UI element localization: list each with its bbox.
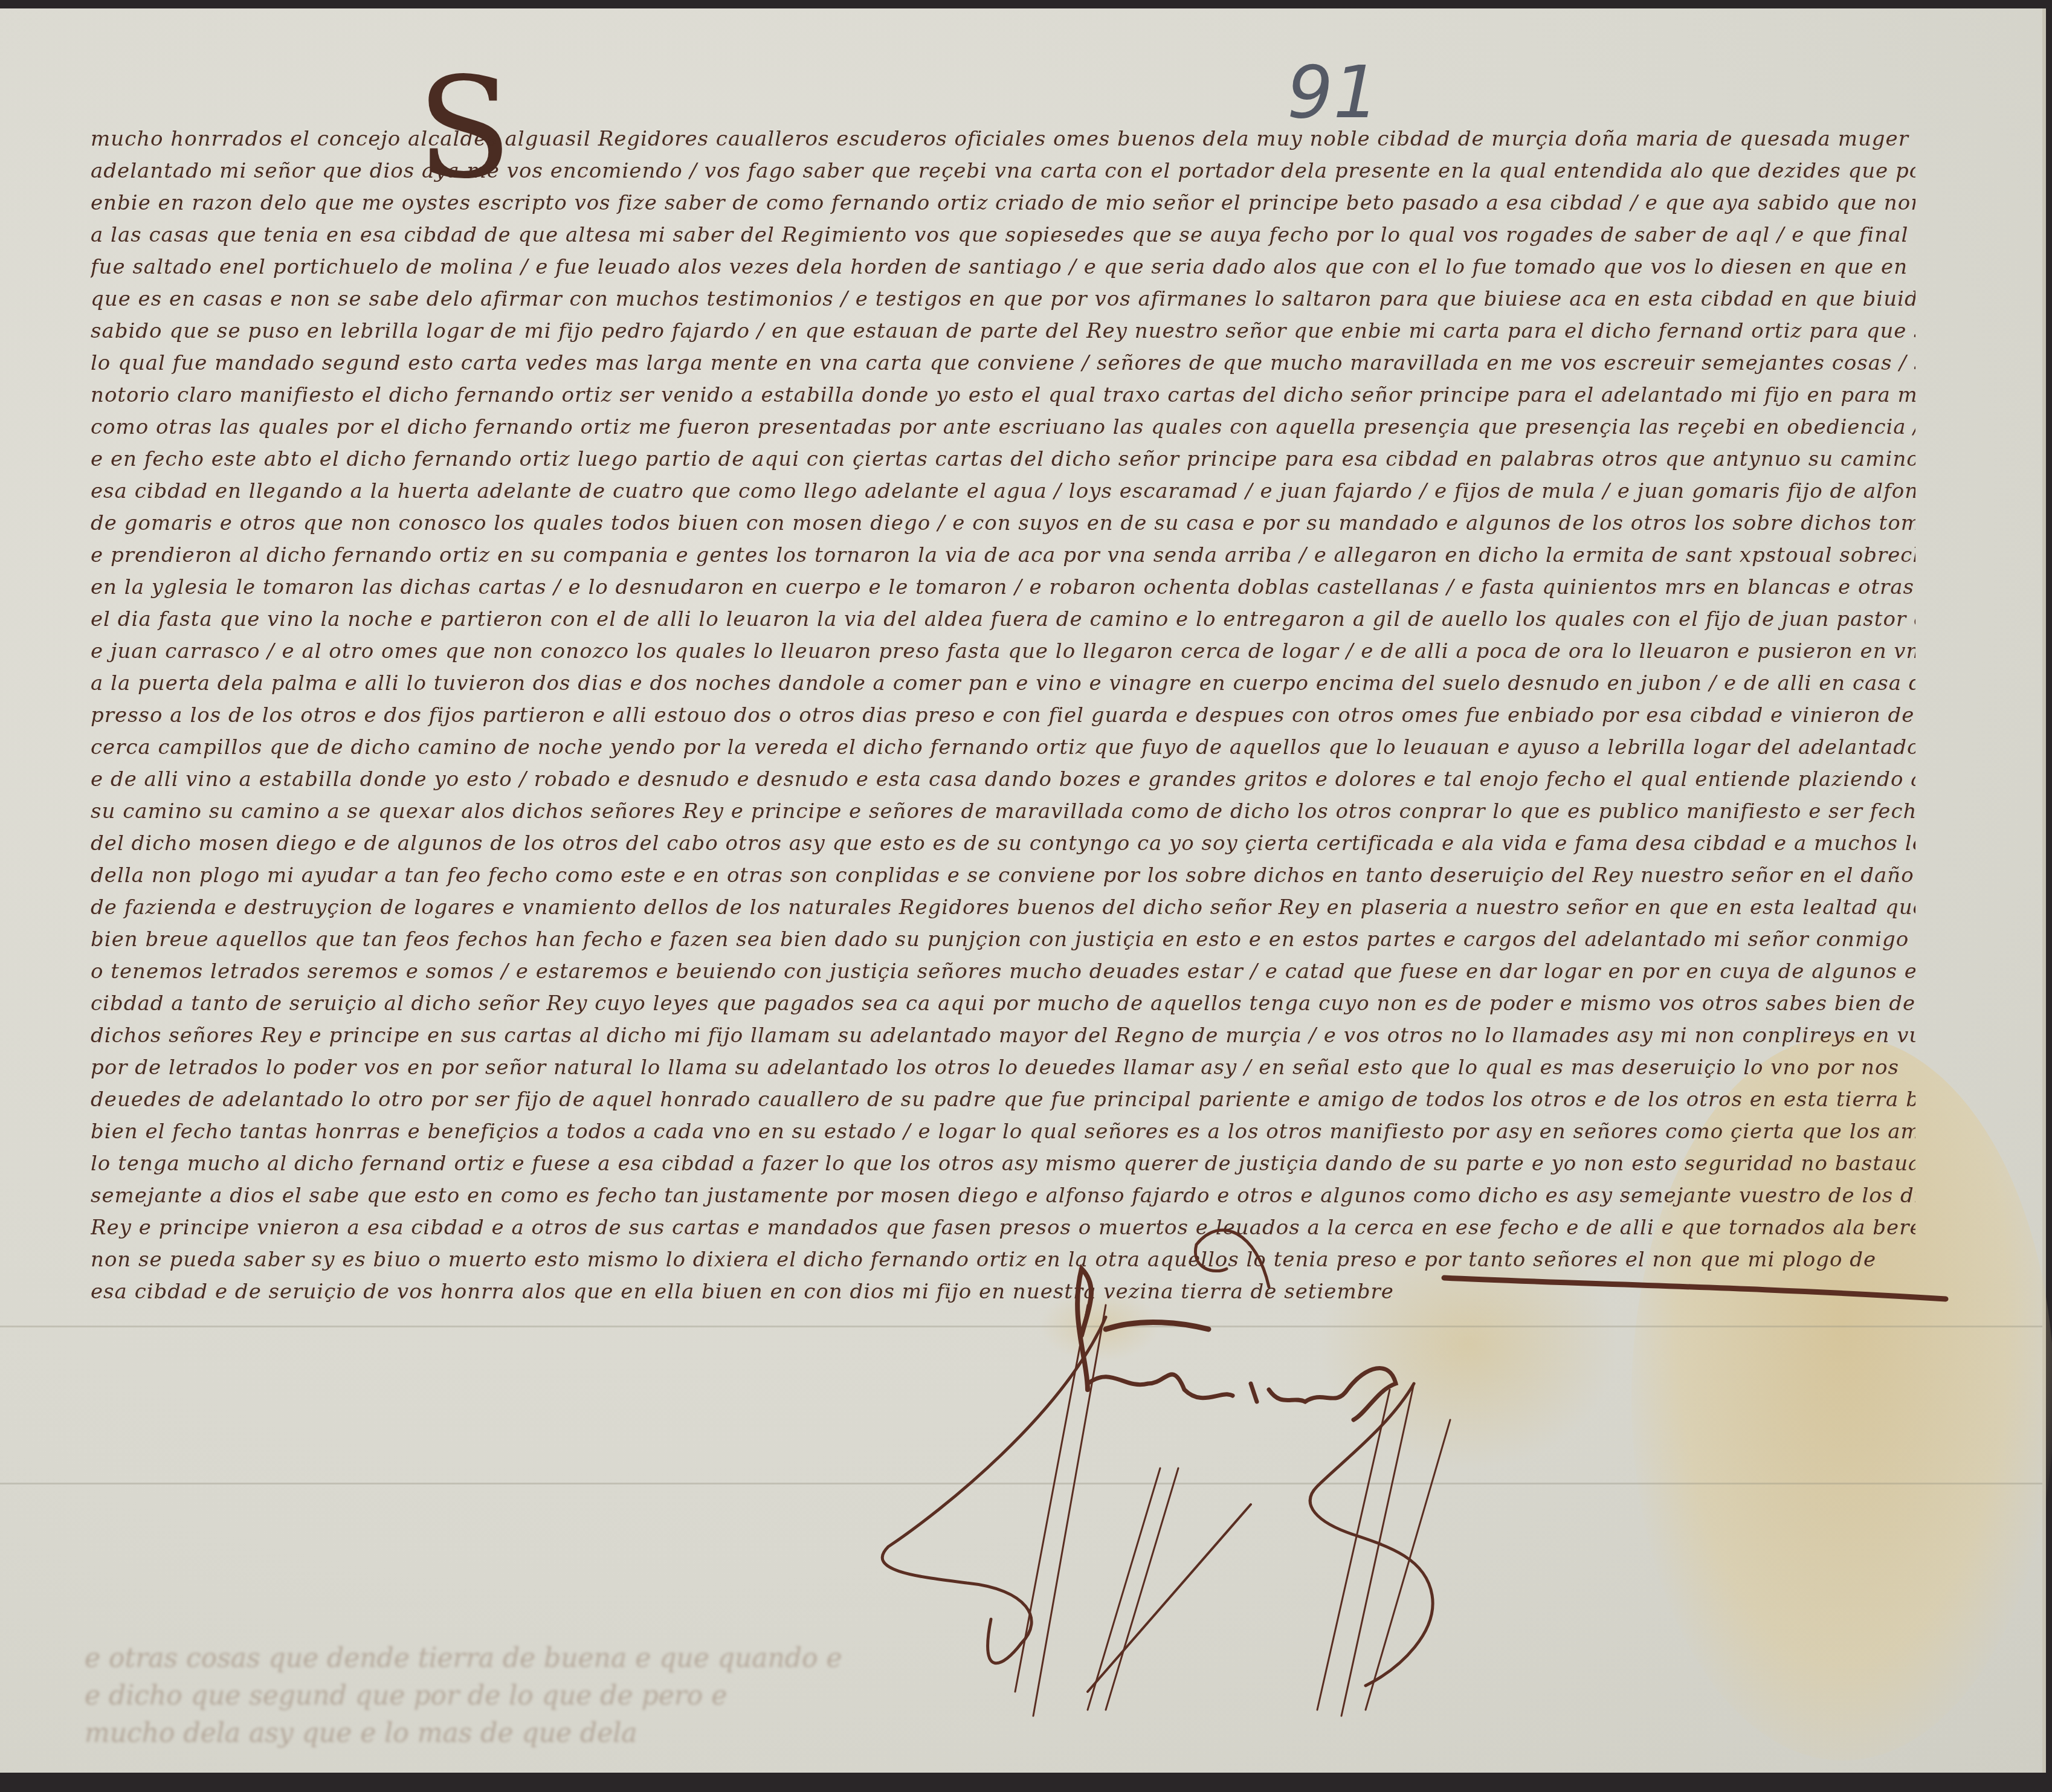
folio-number: 91 [1287,51,1379,135]
manuscript-line: e de alli vino a estabilla donde yo esto… [91,764,1915,796]
manuscript-line: e prendieron al dicho fernando ortiz en … [91,540,1915,572]
manuscript-line: a las casas que tenia en esa cibdad de q… [91,219,1915,251]
manuscript-line: su camino su camino a se quexar alos dic… [91,796,1915,828]
manuscript-line: del dicho mosen diego e de algunos de lo… [91,828,1915,860]
manuscript-line: que es en casas e non se sabe delo afirm… [91,283,1915,315]
manuscript-line: fue saltado enel portichuelo de molina /… [91,251,1915,283]
manuscript-line: el dia fasta que vino la noche e partier… [91,604,1915,636]
manuscript-line: o tenemos letrados seremos e somos / e e… [91,956,1915,988]
manuscript-line: por de letrados lo poder vos en por seño… [91,1052,1915,1084]
manuscript-line: cerca campillos que de dicho camino de n… [91,732,1915,764]
manuscript-line: lo tenga mucho al dicho fernand ortiz e … [91,1148,1915,1180]
manuscript-line: della non plogo mi ayudar a tan feo fech… [91,860,1915,892]
manuscript-line: semejante a dios el sabe que esto en com… [91,1180,1915,1212]
letter-body: mucho honrrados el concejo alcaldes algu… [91,123,1915,1308]
fold-crease [0,1483,2042,1484]
manuscript-line: lo qual fue mandado segund esto carta ve… [91,347,1915,379]
manuscript-line: esa cibdad en llegando a la huerta adela… [91,475,1915,508]
manuscript-line: sabido que se puso en lebrilla logar de … [91,315,1915,347]
manuscript-line: Rey e principe vnieron a esa cibdad e a … [91,1212,1915,1244]
bleed-through-line: mucho dela asy que e lo mas de que dela [85,1715,1958,1752]
manuscript-line: dichos señores Rey e principe en sus car… [91,1020,1915,1052]
manuscript-line: cibdad a tanto de seruiçio al dicho seño… [91,988,1915,1020]
manuscript-line: notorio claro manifiesto el dicho fernan… [91,379,1915,411]
manuscript-line: esa cibdad e de seruiçio de vos honrra a… [91,1276,1601,1308]
manuscript-line: a la puerta dela palma e alli lo tuviero… [91,668,1915,700]
fold-crease [0,1326,2042,1327]
manuscript-line: de fazienda e destruyçion de logares e v… [91,892,1915,924]
manuscript-line: como otras las quales por el dicho ferna… [91,411,1915,443]
manuscript-line: deuedes de adelantado lo otro por ser fi… [91,1084,1915,1116]
manuscript-sheet: S 91 mucho honrrados el concejo alcaldes… [0,8,2046,1773]
manuscript-line: enbie en razon delo que me oystes escrip… [91,187,1915,219]
manuscript-line: e juan carrasco / e al otro omes que non… [91,636,1915,668]
manuscript-line: bien breue aquellos que tan feos fechos … [91,924,1915,956]
bleed-through-text: e otras cosas que dende tierra de buena … [85,1640,1958,1752]
manuscript-line: mucho honrrados el concejo alcaldes algu… [91,123,1915,155]
manuscript-line: de gomaris e otros que non conosco los q… [91,508,1915,540]
manuscript-line: en la yglesia le tomaron las dichas cart… [91,572,1915,604]
manuscript-line: non se pueda saber sy es biuo o muerto e… [91,1244,1915,1276]
manuscript-line: e en fecho este abto el dicho fernando o… [91,443,1915,475]
bleed-through-line: e otras cosas que dende tierra de buena … [85,1640,1958,1677]
manuscript-line: presso a los de los otros e dos fijos pa… [91,700,1915,732]
manuscript-line: bien el fecho tantas honrras e benefiçio… [91,1116,1915,1148]
manuscript-line: adelantado mi señor que dios aya me vos … [91,155,1915,187]
bleed-through-line: e dicho que segund que por de lo que de … [85,1677,1958,1715]
